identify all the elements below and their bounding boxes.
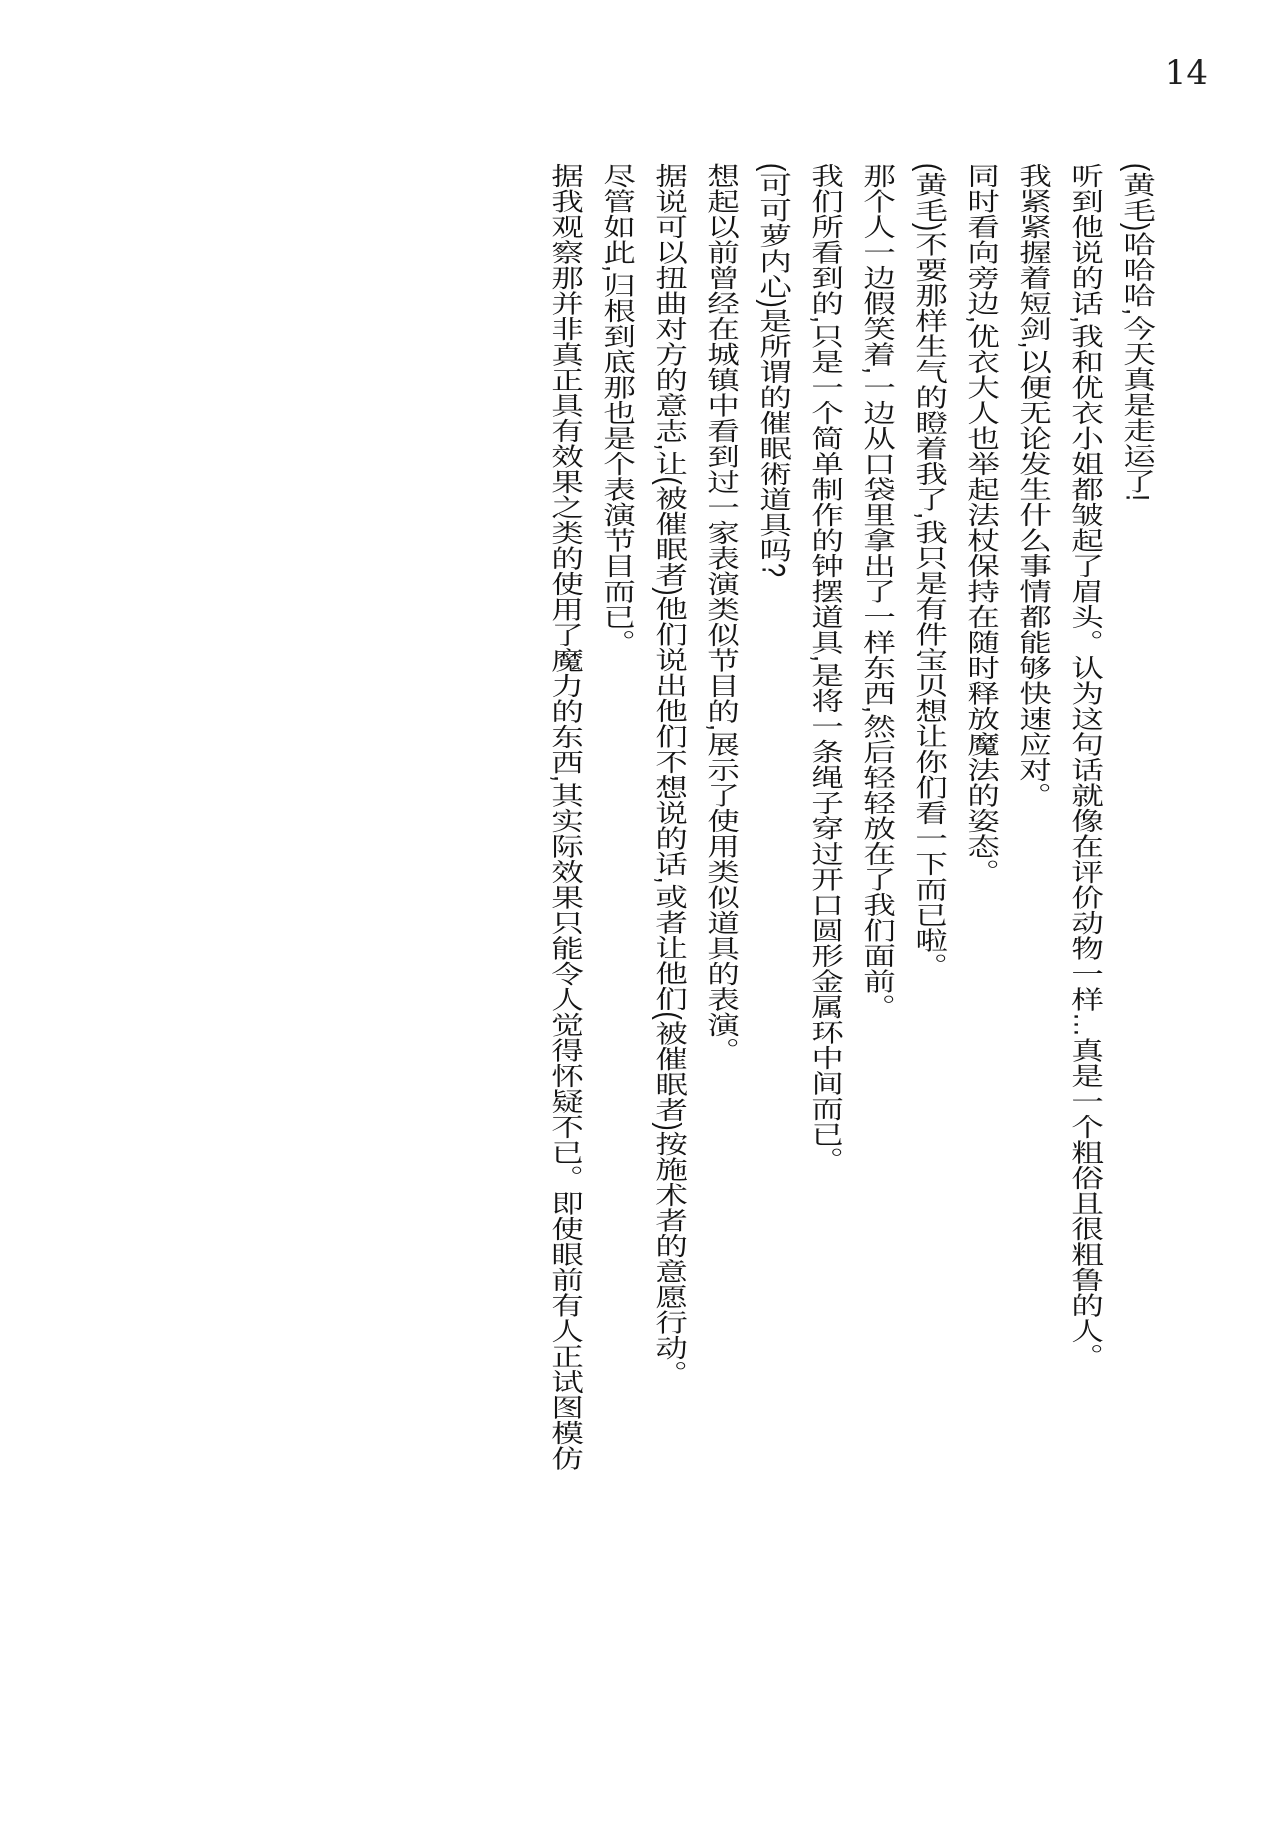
- vertical-text-block: (黄毛)哈哈哈,今天真是走运了! 听到他说的话,我和优衣小姐都皱起了眉头。认为这…: [539, 163, 1163, 1593]
- text-line-narration-6: 想起以前曾经在城镇中看到过一家表演类似节目的,展示了使用类似道具的表演。: [695, 163, 747, 1593]
- text-line-narration-5: 我们所看到的,只是一个简单制作的钟摆道具,是将一条绳子穿过开口圆形金属环中间而已…: [799, 163, 851, 1593]
- text-line-narration-3: 同时看向旁边,优衣大人也举起法杖保持在随时释放魔法的姿态。: [955, 163, 1007, 1593]
- text-line-narration-9: 据我观察那并非真正具有效果之类的使用了魔力的东西,其实际效果只能令人觉得怀疑不已…: [539, 163, 591, 1593]
- text-line-narration-8: 尽管如此,归根到底那也是个表演节目而已。: [591, 163, 643, 1593]
- text-line-dialog-huangmao-2: (黄毛)不要那样生气的瞪着我了,我只是有件宝贝想让你们看一下而已啦。: [903, 163, 955, 1593]
- novel-page: 14 (黄毛)哈哈哈,今天真是走运了! 听到他说的话,我和优衣小姐都皱起了眉头。…: [0, 0, 1280, 1824]
- text-line-narration-2: 我紧紧握着短剑,以便无论发生什么事情都能够快速应对。: [1007, 163, 1059, 1593]
- text-line-narration-7: 据说可以扭曲对方的意志,让(被催眠者)他们说出他们不想说的话,或者让他们(被催眠…: [643, 163, 695, 1593]
- text-line-narration-1: 听到他说的话,我和优衣小姐都皱起了眉头。认为这句话就像在评价动物一样…真是一个粗…: [1059, 163, 1111, 1593]
- text-line-narration-4: 那个人一边假笑着,一边从口袋里拿出了一样东西,然后轻轻放在了我们面前。: [851, 163, 903, 1593]
- text-line-monologue-kokkoro: (可可萝内心)是所谓的催眠術道具吗?: [747, 163, 799, 1593]
- text-line-dialog-huangmao-1: (黄毛)哈哈哈,今天真是走运了!: [1111, 163, 1163, 1593]
- page-number: 14: [1165, 56, 1208, 90]
